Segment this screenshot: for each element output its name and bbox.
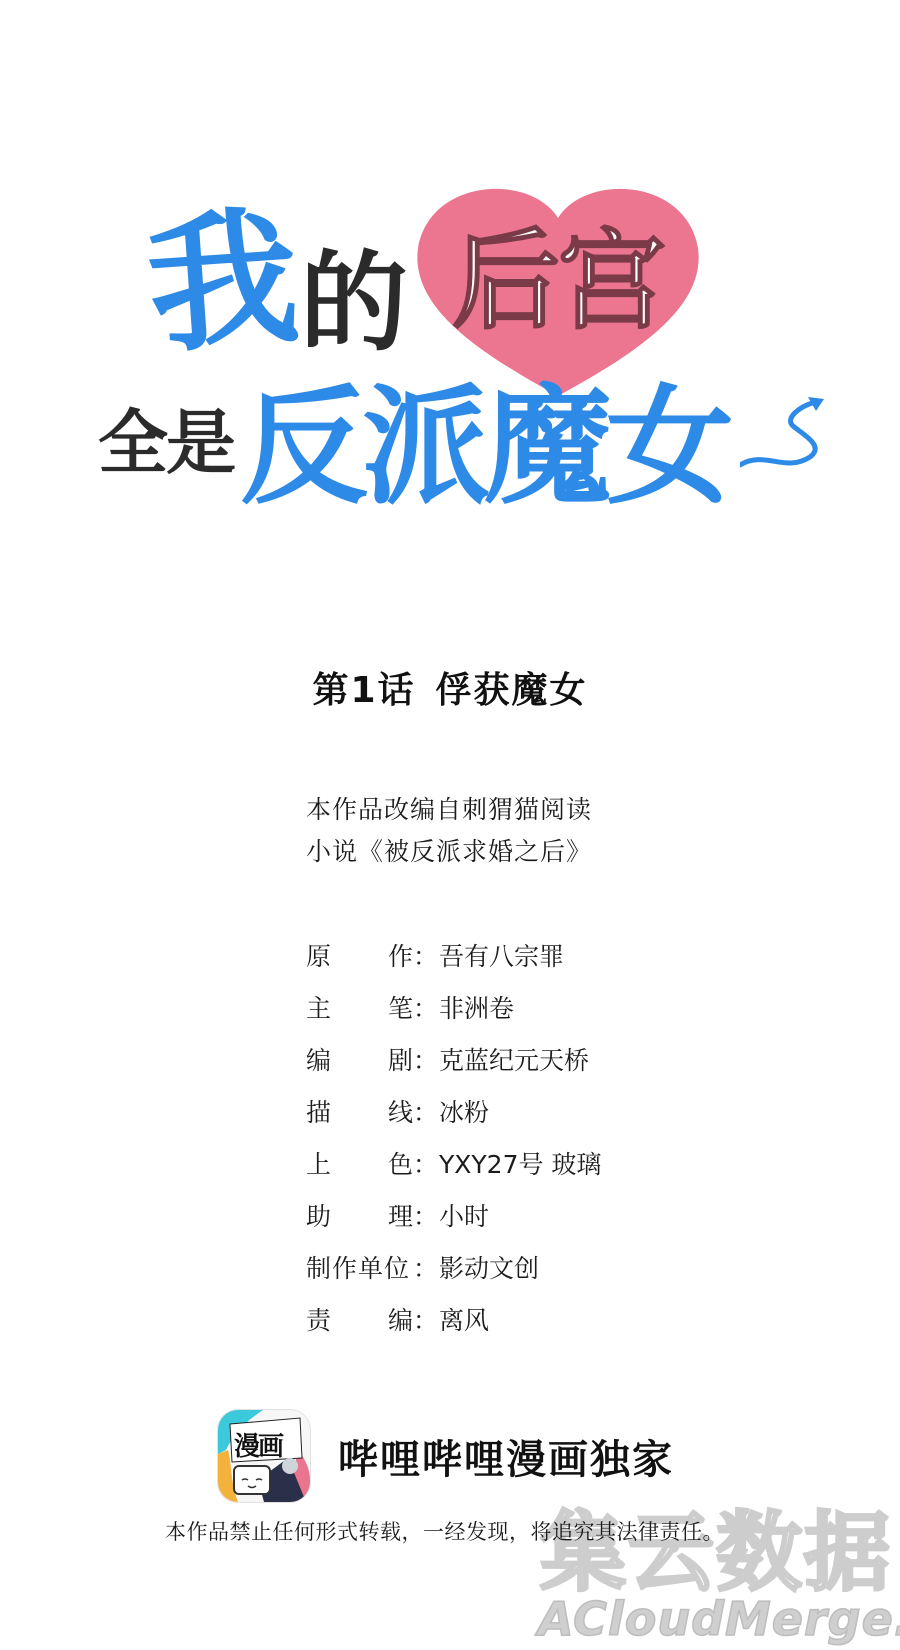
credit-value: 离风 xyxy=(439,1301,489,1337)
copyright-disclaimer: 本作品禁止任何形式转载，一经发现，将追究其法律责任。 xyxy=(165,1516,724,1546)
logo-line2-blue: 反派魔女 xyxy=(240,384,728,512)
credit-value: 吾有八宗罪 xyxy=(439,937,564,973)
comic-title-logo: 我 的 后宫 全是 反派魔女 xyxy=(0,0,900,560)
logo-line2-dark: 全是 xyxy=(98,408,234,478)
credit-row-original: 原作：吾有八宗罪 xyxy=(306,938,564,972)
credit-value: 非洲卷 xyxy=(439,989,514,1025)
source-line-1: 本作品改编自刺猬猫阅读 xyxy=(306,790,592,826)
credit-value: 克蓝纪元天桥 xyxy=(439,1041,589,1077)
credit-row-lineart: 描线：冰粉 xyxy=(306,1094,489,1128)
credit-value: 小时 xyxy=(439,1197,489,1233)
credit-value: 影动文创 xyxy=(439,1249,539,1285)
credit-row-script: 编剧：克蓝纪元天桥 xyxy=(306,1042,589,1076)
publisher-badge: 漫画 哔哩哔哩漫画独家 xyxy=(218,1410,674,1502)
credit-row-studio: 制作单位：影动文创 xyxy=(306,1250,539,1284)
devil-tail-icon xyxy=(740,395,830,475)
chapter-number: 第1话 xyxy=(312,670,415,711)
source-line-2: 小说《被反派求婚之后》 xyxy=(306,832,592,868)
credit-row-editor: 责编：离风 xyxy=(306,1302,489,1336)
chapter-name: 俘获魔女 xyxy=(436,670,588,711)
credit-value: 冰粉 xyxy=(439,1093,489,1129)
credit-row-assistant: 助理：小时 xyxy=(306,1198,489,1232)
watermark-en: ACloudMerge.com xyxy=(538,1596,900,1642)
logo-char-wo: 我 xyxy=(143,203,299,363)
chapter-title: 第1话俘获魔女 xyxy=(0,662,900,713)
logo-heart-text: 后宫 xyxy=(452,228,664,336)
credit-value: YXY27号 玻璃 xyxy=(439,1145,601,1181)
app-icon-text: 漫画 xyxy=(234,1426,282,1463)
logo-char-de: 的 xyxy=(300,250,404,358)
credit-row-coloring: 上色：YXY27号 玻璃 xyxy=(306,1146,601,1180)
bilibili-comics-app-icon: 漫画 xyxy=(218,1410,310,1502)
publisher-label: 哔哩哔哩漫画独家 xyxy=(338,1428,674,1485)
credit-row-lead-artist: 主笔：非洲卷 xyxy=(306,990,514,1024)
